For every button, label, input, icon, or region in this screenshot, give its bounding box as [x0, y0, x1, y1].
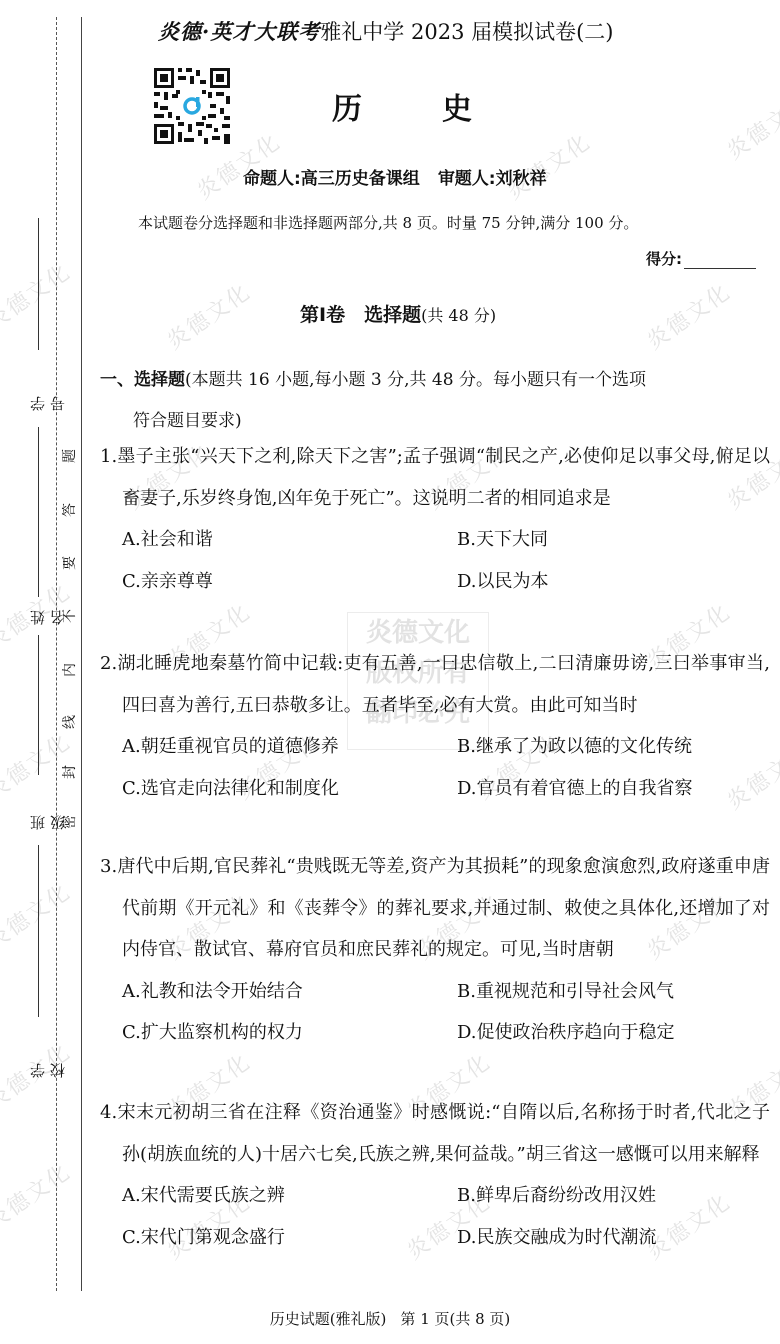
option-text: 朝廷重视官员的道德修养 [141, 736, 339, 757]
student-id-fill-line[interactable] [38, 218, 39, 350]
question-1: 1.墨子主张“兴天下之利,除天下之害”;孟子强调“制民之产,必使仰足以事父母,俯… [100, 436, 770, 602]
option-label: A. [122, 529, 141, 550]
section-title: 一、选择题 [100, 370, 185, 390]
class-fill-line[interactable] [38, 845, 39, 1017]
question-3: 3.唐代中后期,官民葬礼“贵贱既无等差,资产为其损耗”的现象愈演愈烈,政府遂重申… [100, 846, 770, 1054]
question-options: A.朝廷重视官员的道德修养 B.继承了为政以德的文化传统 C.选官走向法律化和制… [100, 726, 770, 809]
question-number: 3. [100, 856, 117, 877]
option-label: C. [122, 1022, 141, 1043]
exam-title: 雅礼中学 2023 届模拟试卷(二) [320, 20, 613, 44]
question-options: A.宋代需要氏族之辨 B.鲜卑后裔纷纷改用汉姓 C.宋代门第观念盛行 D.民族交… [100, 1175, 770, 1258]
option-label: D. [457, 1022, 477, 1043]
question-options: A.社会和谐 B.天下大同 C.亲亲尊尊 D.以民为本 [100, 519, 770, 602]
option-text: 鲜卑后裔纷纷改用汉姓 [476, 1185, 656, 1206]
option-b[interactable]: B.天下大同 [457, 519, 770, 561]
page-footer: 历史试题(雅礼版)第 1 页(共 8 页) [0, 1308, 780, 1329]
question-text: 宋末元初胡三省在注释《资治通鉴》时感慨说:“自隋以后,名称扬于时者,代北之子孙(… [117, 1102, 770, 1165]
option-c[interactable]: C.扩大监察机构的权力 [122, 1012, 457, 1054]
option-text: 宋代门第观念盛行 [141, 1227, 285, 1248]
question-2: 2.湖北睡虎地秦墓竹简中记载:吏有五善,一曰忠信敬上,二曰清廉毋谤,三曰举事审当… [100, 643, 770, 809]
seal-char: 密 [59, 815, 79, 829]
option-label: D. [457, 571, 477, 592]
option-b[interactable]: B.鲜卑后裔纷纷改用汉姓 [457, 1175, 770, 1217]
school-label: 学 校 [28, 1018, 48, 1078]
option-label: B. [457, 736, 476, 757]
option-b[interactable]: B.重视规范和引导社会风气 [457, 971, 770, 1013]
option-label: C. [122, 1227, 141, 1248]
footer-page-info: 第 1 页(共 8 页) [400, 1310, 510, 1328]
option-text: 扩大监察机构的权力 [141, 1022, 303, 1043]
seal-char: 封 [59, 765, 79, 779]
option-d[interactable]: D.官员有着官德上的自我省察 [457, 768, 770, 810]
option-text: 选官走向法律化和制度化 [141, 778, 339, 799]
brand-title: 炎德·英才大联考 [158, 19, 320, 44]
watermark-text: 炎德文化 [720, 85, 780, 165]
option-a[interactable]: A.礼教和法令开始结合 [122, 971, 457, 1013]
reviewer-label: 审题人:刘秋祥 [438, 169, 547, 189]
question-number: 2. [100, 653, 117, 674]
subject-title-char: 历 [332, 84, 362, 128]
option-text: 民族交融成为时代潮流 [477, 1227, 657, 1248]
score-field: 得分: [646, 248, 756, 269]
option-label: B. [457, 981, 476, 1002]
seal-char: 要 [59, 556, 79, 570]
score-blank[interactable] [684, 254, 756, 269]
student-id-label: 学 号 [28, 355, 48, 411]
option-a[interactable]: A.社会和谐 [122, 519, 457, 561]
question-4: 4.宋末元初胡三省在注释《资治通鉴》时感慨说:“自隋以后,名称扬于时者,代北之子… [100, 1092, 770, 1258]
watermark-text: 炎德文化 [160, 275, 256, 355]
option-label: C. [122, 778, 141, 799]
question-stem: 4.宋末元初胡三省在注释《资治通鉴》时感慨说:“自隋以后,名称扬于时者,代北之子… [100, 1092, 770, 1175]
question-text: 唐代中后期,官民葬礼“贵贱既无等差,资产为其损耗”的现象愈演愈烈,政府遂重申唐代… [117, 856, 770, 960]
seal-char: 答 [59, 503, 79, 517]
question-text: 墨子主张“兴天下之利,除天下之害”;孟子强调“制民之产,必使仰足以事父母,俯足以… [117, 446, 770, 509]
option-text: 官员有着官德上的自我省察 [477, 778, 693, 799]
section-heading: 一、选择题(本题共 16 小题,每小题 3 分,共 48 分。每小题只有一个选项… [100, 360, 768, 442]
seal-char: 内 [59, 663, 79, 677]
option-text: 重视规范和引导社会风气 [476, 981, 674, 1002]
option-label: D. [457, 1227, 477, 1248]
option-d[interactable]: D.促使政治秩序趋向于稳定 [457, 1012, 770, 1054]
seal-dotted-line [56, 17, 57, 1291]
exam-authors: 命题人:高三历史备课组审题人:刘秋祥 [243, 164, 547, 189]
name-fill-line[interactable] [38, 635, 39, 775]
option-d[interactable]: D.以民为本 [457, 561, 770, 603]
part-title-main: 第Ⅰ卷 选择题 [300, 304, 421, 326]
option-text: 亲亲尊尊 [141, 571, 213, 592]
question-stem: 2.湖北睡虎地秦墓竹简中记载:吏有五善,一曰忠信敬上,二曰清廉毋谤,三曰举事审当… [100, 643, 770, 726]
option-text: 天下大同 [476, 529, 548, 550]
seal-char: 题 [59, 449, 79, 463]
option-c[interactable]: C.宋代门第观念盛行 [122, 1217, 457, 1259]
part-title-note: (共 48 分) [421, 306, 496, 325]
question-stem: 1.墨子主张“兴天下之利,除天下之害”;孟子强调“制民之产,必使仰足以事父母,俯… [100, 436, 770, 519]
exam-intro: 本试题卷分选择题和非选择题两部分,共 8 页。时量 75 分钟,满分 100 分… [138, 212, 638, 233]
option-text: 礼教和法令开始结合 [141, 981, 303, 1002]
option-text: 继承了为政以德的文化传统 [476, 736, 692, 757]
qr-code-icon [152, 66, 232, 146]
watermark-text: 炎德文化 [0, 1155, 76, 1235]
option-label: B. [457, 529, 476, 550]
qr-code[interactable] [152, 66, 232, 146]
question-options: A.礼教和法令开始结合 B.重视规范和引导社会风气 C.扩大监察机构的权力 D.… [100, 971, 770, 1054]
option-text: 以民为本 [477, 571, 549, 592]
option-label: A. [122, 981, 141, 1002]
option-d[interactable]: D.民族交融成为时代潮流 [457, 1217, 770, 1259]
option-label: C. [122, 571, 141, 592]
seal-solid-line [81, 17, 82, 1291]
watermark-text: 炎德文化 [640, 275, 736, 355]
option-label: B. [457, 1185, 476, 1206]
question-stem: 3.唐代中后期,官民葬礼“贵贱既无等差,资产为其损耗”的现象愈演愈烈,政府遂重申… [100, 846, 770, 971]
question-text: 湖北睡虎地秦墓竹简中记载:吏有五善,一曰忠信敬上,二曰清廉毋谤,三曰举事审当,四… [117, 653, 770, 716]
question-number: 4. [100, 1102, 117, 1123]
part-title: 第Ⅰ卷 选择题(共 48 分) [300, 300, 496, 327]
option-label: A. [122, 736, 141, 757]
seal-char: 不 [59, 609, 79, 623]
class-label: 班 级 [28, 770, 48, 830]
option-label: A. [122, 1185, 141, 1206]
option-label: D. [457, 778, 477, 799]
option-text: 促使政治秩序趋向于稳定 [477, 1022, 675, 1043]
seal-char: 线 [59, 715, 79, 729]
exam-header: 炎德·英才大联考雅礼中学 2023 届模拟试卷(二) [158, 16, 614, 46]
section-instructions: (本题共 16 小题,每小题 3 分,共 48 分。每小题只有一个选项 [185, 370, 646, 390]
name-label: 姓 名 [28, 565, 48, 625]
option-c[interactable]: C.亲亲尊尊 [122, 561, 457, 603]
question-number: 1. [100, 446, 117, 467]
option-text: 宋代需要氏族之辨 [141, 1185, 285, 1206]
subject-title-char: 史 [442, 84, 472, 128]
option-a[interactable]: A.宋代需要氏族之辨 [122, 1175, 457, 1217]
option-a[interactable]: A.朝廷重视官员的道德修养 [122, 726, 457, 768]
option-c[interactable]: C.选官走向法律化和制度化 [122, 768, 457, 810]
footer-exam-name: 历史试题(雅礼版) [270, 1310, 387, 1328]
option-b[interactable]: B.继承了为政以德的文化传统 [457, 726, 770, 768]
setter-label: 命题人:高三历史备课组 [243, 169, 420, 189]
option-text: 社会和谐 [141, 529, 213, 550]
score-label: 得分: [646, 250, 682, 268]
